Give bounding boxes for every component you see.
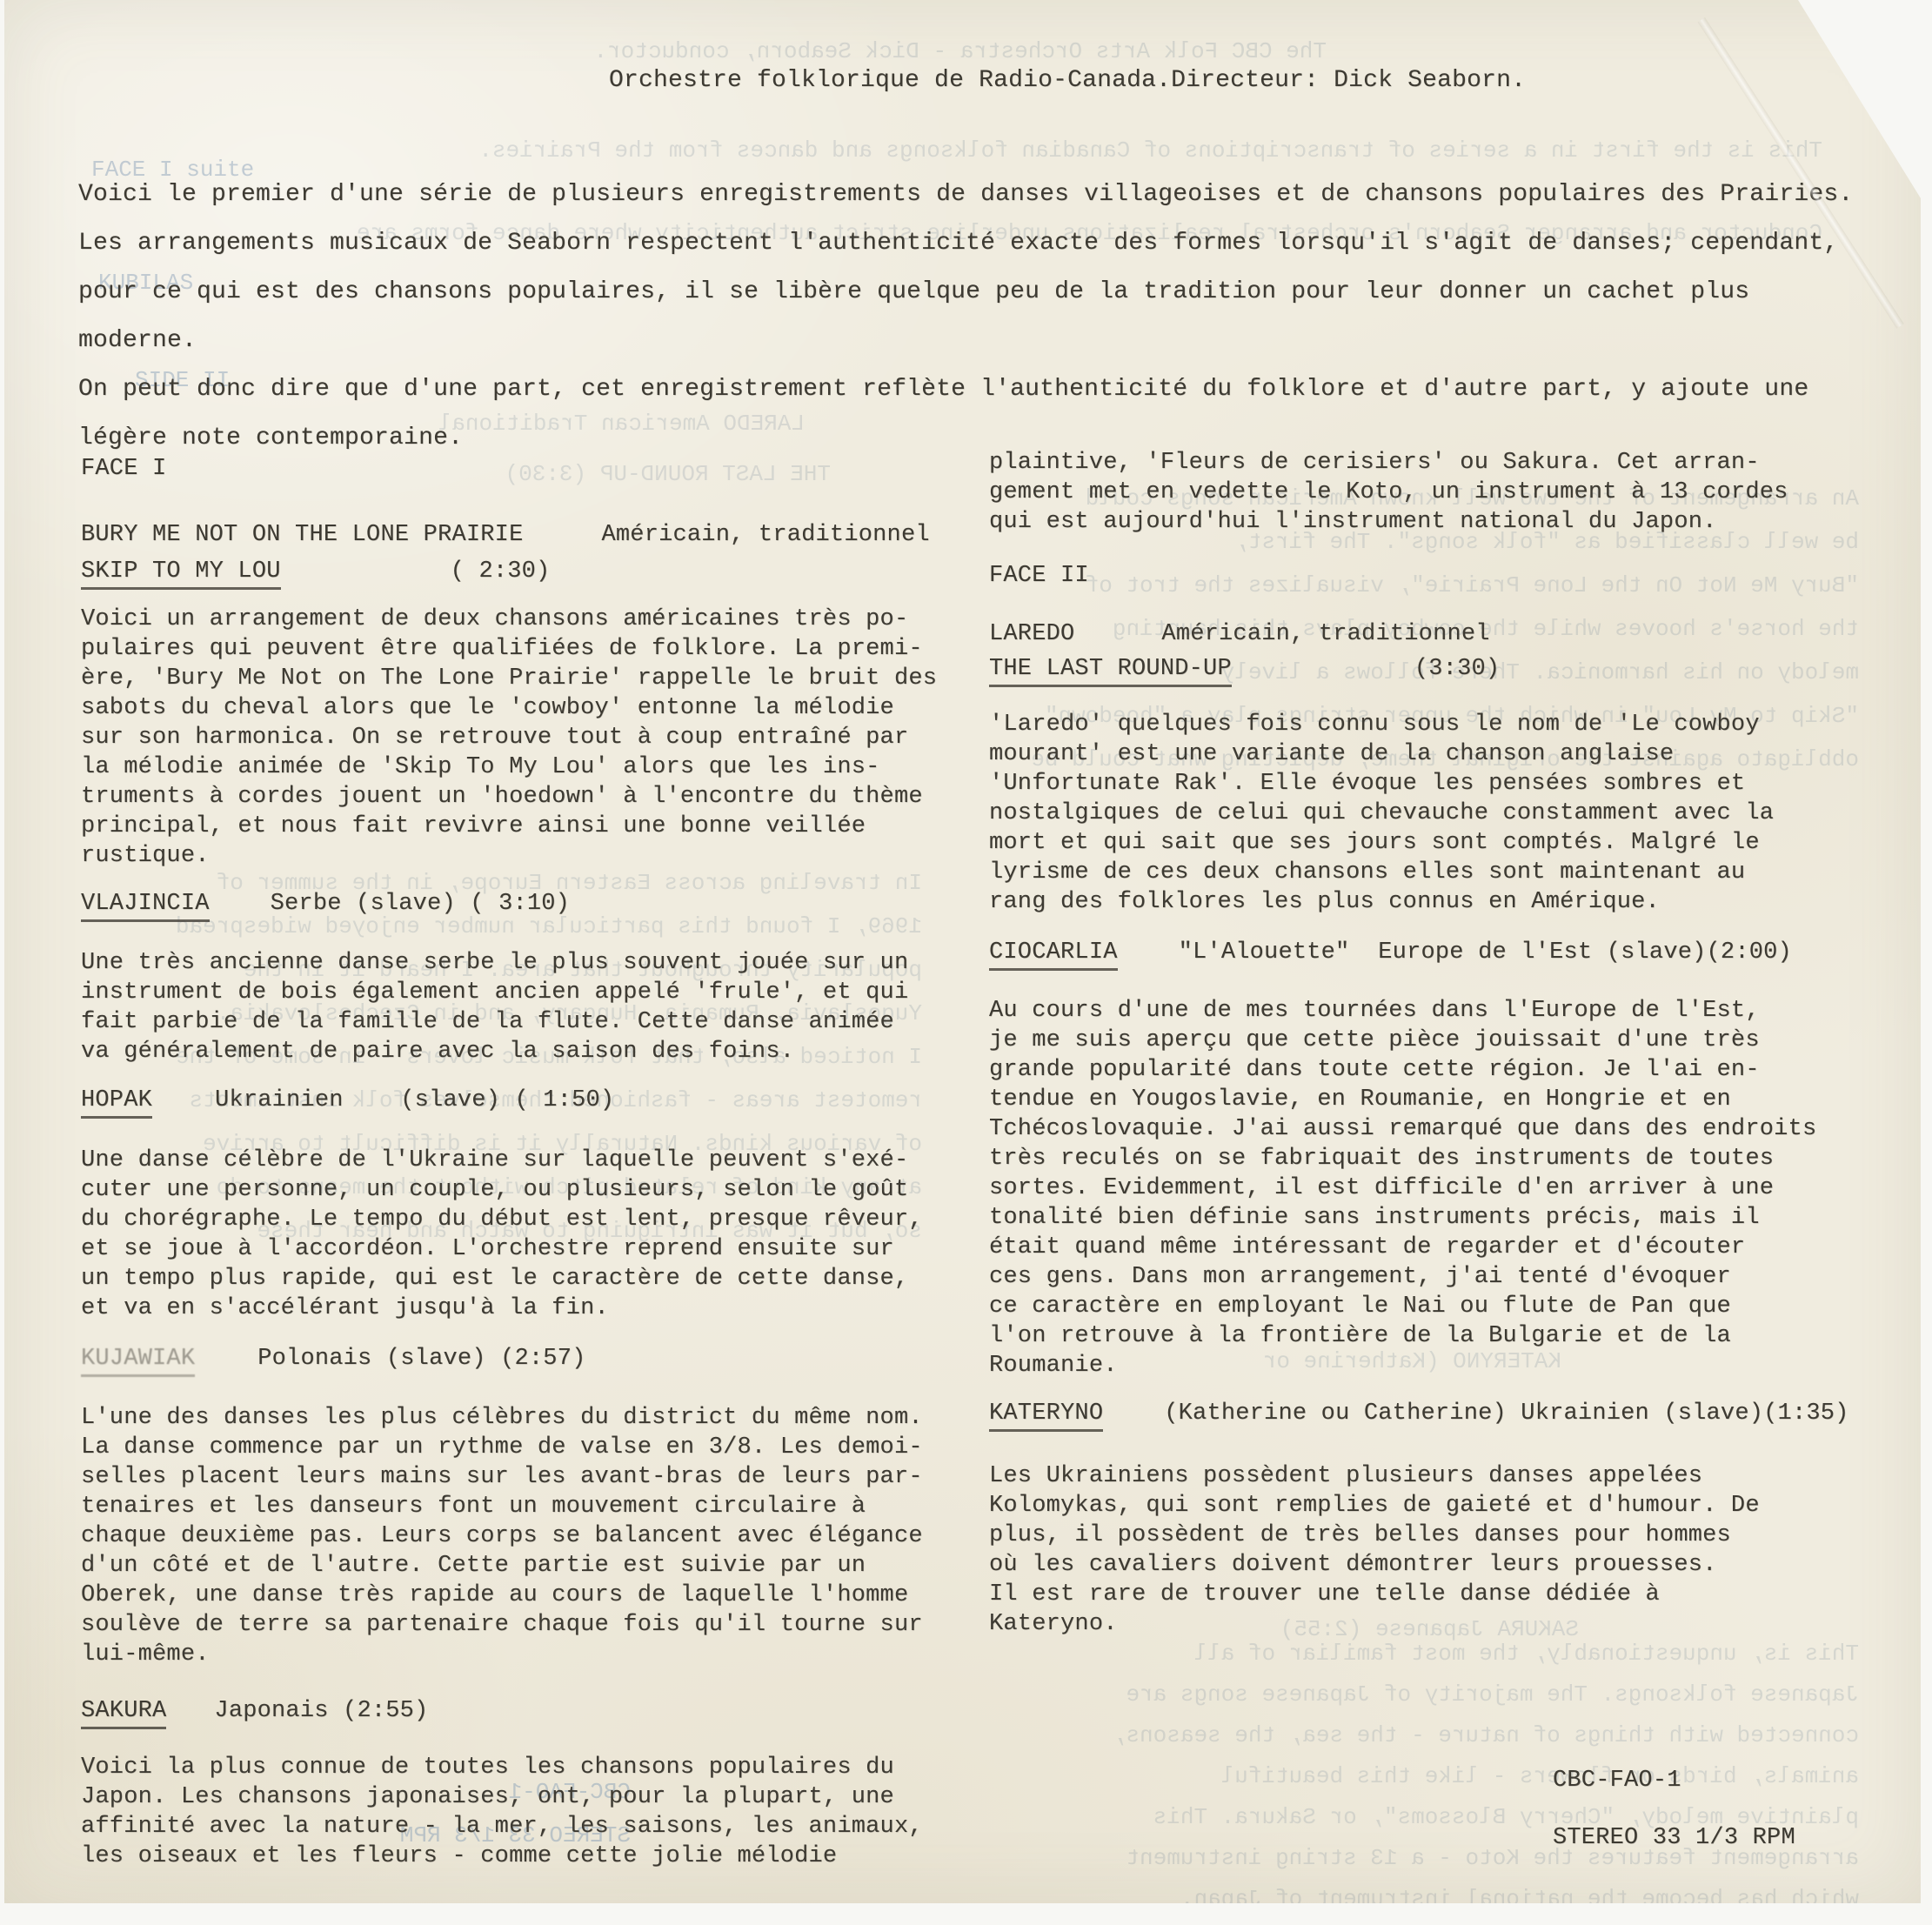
track-heading-kujawiak: KUJAWIAKPolonais (slave) (2:57) — [81, 1344, 586, 1374]
track-heading-hopak: HOPAKUkrainien (slave) ( 1:50) — [81, 1086, 614, 1115]
track-notes: Voici un arrangement de deux chansons am… — [81, 605, 942, 871]
track-name: SAKURA — [81, 1698, 166, 1729]
track-heading-skip: SKIP TO MY LOU( 2:30) — [81, 557, 550, 586]
track-name: THE LAST ROUND-UP — [989, 656, 1232, 687]
track-name: LAREDO — [989, 621, 1074, 647]
track-heading-sakura: SAKURAJaponais (2:55) — [81, 1696, 428, 1726]
track-notes: Les Ukrainiens possèdent plusieurs danse… — [989, 1461, 1859, 1639]
track-name: KATERYNO — [989, 1400, 1103, 1432]
catalog-number: CBC-FAO-1 — [1553, 1766, 1681, 1795]
track-name: SKIP TO MY LOU — [81, 558, 281, 590]
track-heading-ciocarlia: CIOCARLIA"L'Alouette" Europe de l'Est (s… — [989, 938, 1792, 967]
track-notes: Une très ancienne danse serbe le plus so… — [81, 948, 942, 1066]
track-heading-laredo: LAREDOAméricain, traditionnel — [989, 619, 1490, 649]
bleedthrough-text: This is the first in a series of transcr… — [117, 129, 1822, 172]
side2-label: FACE II — [989, 561, 1089, 591]
track-notes: 'Laredo' quelques fois connu sous le nom… — [989, 710, 1859, 917]
track-origin: Américain, traditionnel — [1161, 621, 1489, 647]
track-duration: (3:30) — [1414, 656, 1500, 682]
record-format: STEREO 33 1/3 RPM — [1553, 1823, 1795, 1853]
sakura-notes-continuation: plaintive, 'Fleurs de cerisiers' ou Saku… — [989, 448, 1859, 537]
bleedthrough-text: This is, unquestionably, the most famili… — [989, 1634, 1859, 1920]
track-origin-duration: Polonais (slave) (2:57) — [257, 1346, 585, 1372]
track-name: BURY ME NOT ON THE LONE PRAIRIE — [81, 522, 523, 548]
intro-paragraph: Voici le premier d'une série de plusieur… — [78, 170, 1862, 463]
track-origin-duration: (Katherine ou Catherine) Ukrainien (slav… — [1164, 1400, 1848, 1427]
track-name: VLAJINCIA — [81, 891, 210, 922]
track-heading-vlajincia: VLAJINCIASerbe (slave) ( 3:10) — [81, 889, 570, 919]
page-title: Orchestre folklorique de Radio-Canada.Di… — [609, 66, 1526, 96]
track-origin-duration: Serbe (slave) ( 3:10) — [271, 891, 570, 917]
track-origin-duration: Japonais (2:55) — [214, 1698, 428, 1724]
track-heading-last-round-up: THE LAST ROUND-UP(3:30) — [989, 654, 1500, 684]
track-origin-duration: Ukrainien (slave) ( 1:50) — [215, 1087, 614, 1113]
track-heading-kateryno: KATERYNO(Katherine ou Catherine) Ukraini… — [989, 1399, 1849, 1428]
track-name: CIOCARLIA — [989, 939, 1118, 971]
track-origin-duration: "L'Alouette" Europe de l'Est (slave)(2:0… — [1179, 939, 1792, 966]
track-origin: Américain, traditionnel — [601, 522, 929, 548]
track-name: KUJAWIAK — [81, 1346, 195, 1377]
track-notes: Une danse célèbre de l'Ukraine sur laque… — [81, 1146, 942, 1323]
track-heading-bury: BURY ME NOT ON THE LONE PRAIRIEAméricain… — [81, 520, 930, 550]
track-notes: L'une des danses les plus célèbres du di… — [81, 1403, 942, 1669]
track-name: HOPAK — [81, 1087, 152, 1119]
track-notes: Voici la plus connue de toutes les chans… — [81, 1753, 942, 1871]
track-duration: ( 2:30) — [451, 558, 551, 585]
side1-label: FACE I — [81, 454, 166, 484]
track-notes: Au cours d'une de mes tournées dans l'Eu… — [989, 996, 1859, 1380]
record-sleeve-liner-notes: The CBC Folk Arts Orchestra - Dick Seabo… — [4, 0, 1921, 1903]
